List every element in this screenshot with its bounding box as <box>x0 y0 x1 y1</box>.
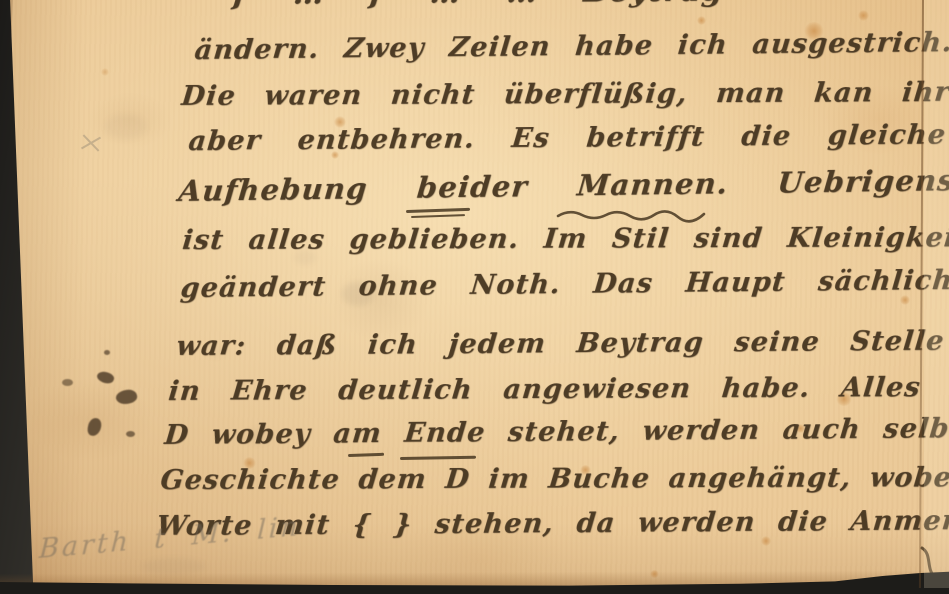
ink-blot <box>126 431 135 437</box>
foxing-spot <box>101 68 109 76</box>
manuscript-line-1: ſ … ſ … … Beytrag <box>232 0 725 10</box>
wavy-underline-mannen <box>556 206 706 224</box>
pencil-x-mark <box>79 131 104 156</box>
foxing-spot <box>697 16 706 25</box>
manuscript-line-11: Geschichte dem D im Buche angehängt, wob… <box>159 463 949 496</box>
manuscript-line-3: Die waren nicht überflüßig, man kan ihre… <box>180 78 949 112</box>
ink-blot <box>104 350 110 355</box>
foxing-spot <box>900 295 910 305</box>
scanned-letter-page: ſ … ſ … … Beytrag ändern. Zwey Zeilen ha… <box>0 0 949 594</box>
manuscript-line-9: in Ehre deutlich angewiesen habe. Alles <box>167 373 922 407</box>
paper-right-sliver <box>924 0 949 588</box>
manuscript-line-6: ist alles geblieben. Im Stil sind Kleini… <box>181 223 949 256</box>
ink-blot <box>62 379 73 386</box>
foxing-spot <box>858 10 869 21</box>
stain <box>104 114 148 140</box>
manuscript-line-8: war: daß ich jedem Beytrag seine Stelle <box>175 327 946 362</box>
